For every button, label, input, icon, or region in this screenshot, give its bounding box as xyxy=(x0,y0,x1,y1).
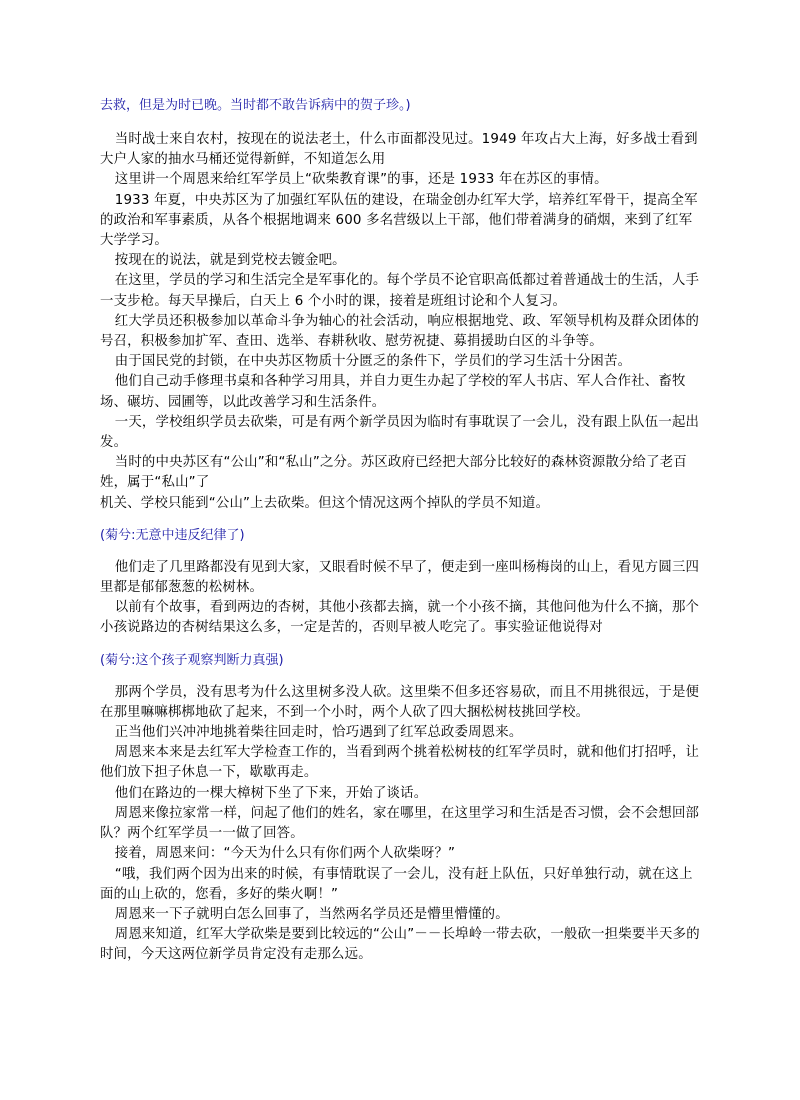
paragraph: 他们在路边的一棵大樟树下坐了下来，开始了谈话。 xyxy=(100,784,700,804)
spacer xyxy=(100,671,700,683)
spacer xyxy=(100,639,700,651)
paragraph: “哦，我们两个因为出来的时候，有事情耽误了一会儿，没有赶上队伍，只好单独行动，就… xyxy=(100,865,700,905)
document-page: 去救，但是为时已晚。当时都不敢告诉病中的贺子珍。) 当时战士来自农村，按现在的说… xyxy=(100,96,700,966)
paragraph: 周恩来本来是去红军大学检查工作的，当看到两个挑着松树枝的红军学员时，就和他们打招… xyxy=(100,743,700,783)
paragraph: 机关、学校只能到“公山”上去砍柴。但这个情况这两个掉队的学员不知道。 xyxy=(100,494,700,514)
paragraph: 一天，学校组织学员去砍柴，可是有两个新学员因为临时有事耽误了一会儿，没有跟上队伍… xyxy=(100,413,700,453)
annotation-note: (菊兮:这个孩子观察判断力真强) xyxy=(100,651,700,671)
spacer xyxy=(100,116,700,130)
paragraph: 接着，周恩来问：“今天为什么只有你们两个人砍柴呀？” xyxy=(100,844,700,864)
paragraph: 1933 年夏，中央苏区为了加强红军队伍的建设，在瑞金创办红军大学，培养红军骨干… xyxy=(100,191,700,252)
paragraph: 当时的中央苏区有“公山”和“私山”之分。苏区政府已经把大部分比较好的森林资源散分… xyxy=(100,453,700,493)
paragraph: 那两个学员，没有思考为什么这里树多没人砍。这里柴不但多还容易砍，而且不用挑很远，… xyxy=(100,683,700,723)
paragraph: 他们走了几里路都没有见到大家，又眼看时候不早了，便走到一座叫杨梅岗的山上，看见方… xyxy=(100,558,700,598)
paragraph: 周恩来一下子就明白怎么回事了，当然两名学员还是懵里懵懂的。 xyxy=(100,905,700,925)
paragraph: 周恩来知道，红军大学砍柴是要到比较远的“公山”－－长埠岭一带去砍，一般砍一担柴要… xyxy=(100,925,700,965)
paragraph: 他们自己动手修理书桌和各种学习用具，并自力更生办起了学校的军人书店、军人合作社、… xyxy=(100,372,700,412)
paragraph: 周恩来像拉家常一样，问起了他们的姓名，家在哪里，在这里学习和生活是否习惯，会不会… xyxy=(100,804,700,844)
paragraph: 在这里，学员的学习和生活完全是军事化的。每个学员不论官职高低都过着普通战士的生活… xyxy=(100,271,700,311)
paragraph: 红大学员还积极参加以革命斗争为轴心的社会活动，响应根据地党、政、军领导机构及群众… xyxy=(100,312,700,352)
annotation-note: 去救，但是为时已晚。当时都不敢告诉病中的贺子珍。) xyxy=(100,96,700,116)
paragraph: 这里讲一个周恩来给红军学员上“砍柴教育课”的事，还是 1933 年在苏区的事情。 xyxy=(100,170,700,190)
paragraph: 以前有个故事，看到两边的杏树，其他小孩都去摘，就一个小孩不摘，其他问他为什么不摘… xyxy=(100,598,700,638)
paragraph: 按现在的说法，就是到党校去镀金吧。 xyxy=(100,251,700,271)
annotation-note: (菊兮:无意中违反纪律了) xyxy=(100,526,700,546)
spacer xyxy=(100,514,700,526)
paragraph: 正当他们兴冲冲地挑着柴往回走时，恰巧遇到了红军总政委周恩来。 xyxy=(100,723,700,743)
paragraph: 由于国民党的封锁，在中央苏区物质十分匮乏的条件下，学员们的学习生活十分困苦。 xyxy=(100,352,700,372)
spacer xyxy=(100,546,700,558)
paragraph: 当时战士来自农村，按现在的说法老土，什么市面都没见过。1949 年攻占大上海，好… xyxy=(100,130,700,170)
